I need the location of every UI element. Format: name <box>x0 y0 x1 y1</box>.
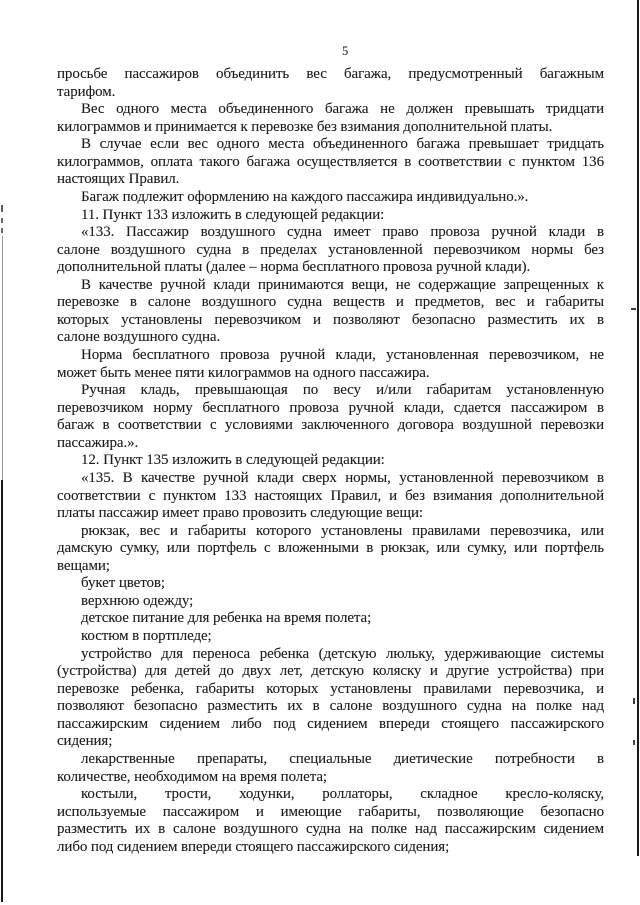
paragraph: верхнюю одежду; <box>57 593 604 611</box>
document-page: 5 просьбе пассажиров объединить вес бага… <box>0 0 640 905</box>
paragraph: В случае если вес одного места объединен… <box>57 136 604 189</box>
text-line: количестве, необходимом на время полета; <box>57 769 604 787</box>
scan-artifact-right-tick <box>633 698 635 704</box>
text-line: дамскую сумку, или портфель с вложенными… <box>57 540 604 558</box>
text-line: рюкзак, вес и габариты которого установл… <box>57 523 604 541</box>
text-line: верхнюю одежду; <box>57 593 604 611</box>
text-line: (устройства) для детей до двух лет, детс… <box>57 663 604 681</box>
scan-artifact-right-edge-line <box>637 0 639 856</box>
text-line: сидения; <box>57 733 604 751</box>
scan-artifact-left-dark-line <box>1 480 3 902</box>
text-line: 11. Пункт 133 изложить в следующей редак… <box>57 207 604 225</box>
text-line: платы пассажир имеет право провозить сле… <box>57 505 604 523</box>
text-line: Ручная кладь, превышающая по весу и/или … <box>57 382 604 400</box>
text-line: пассажирским сидением либо под сидением … <box>57 716 604 734</box>
paragraph: детское питание для ребенка на время пол… <box>57 610 604 628</box>
scan-artifact-left-gray-line <box>2 236 3 482</box>
paragraph: Норма бесплатного провоза ручной клади, … <box>57 347 604 382</box>
text-line: перевозчиком норму бесплатного провоза р… <box>57 400 604 418</box>
text-line: которых установлены перевозчиком и позво… <box>57 312 604 330</box>
scan-artifact-right-tick <box>633 740 635 745</box>
text-line: В случае если вес одного места объединен… <box>57 136 604 154</box>
text-line: тарифом. <box>57 84 604 102</box>
text-line: лекарственные препараты, специальные дие… <box>57 751 604 769</box>
paragraph: Ручная кладь, превышающая по весу и/или … <box>57 382 604 452</box>
paragraph: букет цветов; <box>57 575 604 593</box>
text-line: килограммов, оплата такого багажа осущес… <box>57 154 604 172</box>
paragraph: лекарственные препараты, специальные дие… <box>57 751 604 786</box>
paragraph: Багаж подлежит оформлению на каждого пас… <box>57 189 604 207</box>
text-line: перевозке в салоне воздушного судна веще… <box>57 294 604 312</box>
scan-artifact-left-dash <box>1 205 3 212</box>
text-line: дополнительной платы (далее – норма бесп… <box>57 259 604 277</box>
scan-artifact-left-dash <box>1 218 3 223</box>
text-line: разместить их в салоне воздушного судна … <box>57 821 604 839</box>
paragraph: 11. Пункт 133 изложить в следующей редак… <box>57 207 604 225</box>
paragraph: просьбе пассажиров объединить вес багажа… <box>57 66 604 101</box>
text-line: вещами; <box>57 558 604 576</box>
page-number: 5 <box>342 44 348 59</box>
text-line: костюм в портпледе; <box>57 628 604 646</box>
text-line: салоне воздушного судна. <box>57 329 604 347</box>
document-text: просьбе пассажиров объединить вес багажа… <box>57 66 604 856</box>
text-line: Норма бесплатного провоза ручной клади, … <box>57 347 604 365</box>
text-line: букет цветов; <box>57 575 604 593</box>
paragraph: рюкзак, вес и габариты которого установл… <box>57 523 604 576</box>
paragraph: В качестве ручной клади принимаются вещи… <box>57 277 604 347</box>
paragraph: костыли, трости, ходунки, роллаторы, скл… <box>57 786 604 856</box>
scan-artifact-right-tick <box>631 308 636 310</box>
text-line: «135. В качестве ручной клади сверх норм… <box>57 470 604 488</box>
paragraph: «135. В качестве ручной клади сверх норм… <box>57 470 604 523</box>
text-line: багаж в соответствии с условиями заключе… <box>57 417 604 435</box>
text-line: детское питание для ребенка на время пол… <box>57 610 604 628</box>
text-line: Багаж подлежит оформлению на каждого пас… <box>57 189 604 207</box>
text-line: используемые пассажиром и имеющие габари… <box>57 804 604 822</box>
text-line: Вес одного места объединенного багажа не… <box>57 101 604 119</box>
text-line: просьбе пассажиров объединить вес багажа… <box>57 66 604 84</box>
paragraph: устройство для переноса ребенка (детскую… <box>57 646 604 751</box>
text-line: настоящих Правил. <box>57 171 604 189</box>
text-line: устройство для переноса ребенка (детскую… <box>57 646 604 664</box>
text-line: соответствии с пунктом 133 настоящих Пра… <box>57 488 604 506</box>
text-line: пассажира.». <box>57 435 604 453</box>
paragraph: «133. Пассажир воздушного судна имеет пр… <box>57 224 604 277</box>
text-line: салоне воздушного судна в пределах устан… <box>57 242 604 260</box>
paragraph: костюм в портпледе; <box>57 628 604 646</box>
text-line: В качестве ручной клади принимаются вещи… <box>57 277 604 295</box>
scan-artifact-left-dash <box>1 228 3 233</box>
text-line: перевозке ребенка, габариты которых уста… <box>57 681 604 699</box>
paragraph: 12. Пункт 135 изложить в следующей редак… <box>57 452 604 470</box>
text-line: килограммов и принимается к перевозке бе… <box>57 119 604 137</box>
text-line: 12. Пункт 135 изложить в следующей редак… <box>57 452 604 470</box>
text-line: либо под сидением впереди стоящего пасса… <box>57 839 604 857</box>
text-line: костыли, трости, ходунки, роллаторы, скл… <box>57 786 604 804</box>
text-line: может быть менее пяти килограммов на одн… <box>57 365 604 383</box>
paragraph: Вес одного места объединенного багажа не… <box>57 101 604 136</box>
text-line: «133. Пассажир воздушного судна имеет пр… <box>57 224 604 242</box>
text-line: позволяют безопасно разместить их в сало… <box>57 698 604 716</box>
